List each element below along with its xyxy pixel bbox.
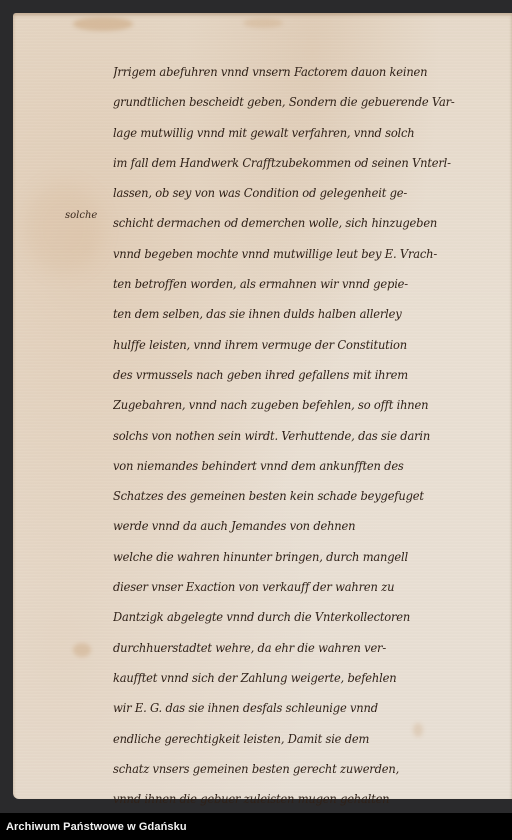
manuscript-line: Schatzes des gemeinen besten kein schade… — [113, 480, 483, 512]
manuscript-line: im fall dem Handwerk Crafftzubekommen od… — [113, 147, 483, 179]
manuscript-line: ten dem selben, das sie ihnen dulds halb… — [113, 299, 483, 331]
manuscript-line: kaufftet vnnd sich der Zahlung weigerte,… — [113, 662, 483, 694]
margin-note: solche — [65, 210, 97, 221]
paper-stain — [23, 183, 103, 273]
manuscript-line: lassen, ob sey von was Condition od gele… — [113, 177, 483, 209]
manuscript-line: Dantzigk abgelegte vnnd durch die Vnterk… — [113, 602, 483, 634]
scan-area: solche Jrrigem abefuhren vnnd vnsern Fac… — [0, 0, 512, 813]
archive-label: Archiwum Państwowe w Gdańsku — [6, 821, 187, 833]
manuscript-line: schatz vnsers gemeinen besten gerecht zu… — [113, 753, 483, 785]
manuscript-text: Jrrigem abefuhren vnnd vnsern Factorem d… — [113, 57, 483, 834]
manuscript-line: Jrrigem abefuhren vnnd vnsern Factorem d… — [113, 56, 483, 88]
paper-stain — [73, 643, 91, 657]
manuscript-line: Zugebahren, vnnd nach zugeben befehlen, … — [113, 390, 483, 422]
manuscript-line: welche die wahren hinunter bringen, durc… — [113, 541, 483, 573]
manuscript-line: von niemandes behindert vnnd dem ankunff… — [113, 450, 483, 482]
manuscript-line: schicht dermachen od demerchen wolle, si… — [113, 208, 483, 240]
manuscript-line: des vrmussels nach geben ihred gefallens… — [113, 359, 483, 391]
manuscript-line: hulffe leisten, vnnd ihrem vermuge der C… — [113, 329, 483, 361]
manuscript-line: dieser vnser Exaction von verkauff der w… — [113, 571, 483, 603]
footer-bar: Archiwum Państwowe w Gdańsku — [0, 813, 512, 840]
manuscript-line: endliche gerechtigkeit leisten, Damit si… — [113, 723, 483, 755]
manuscript-line: durchhuerstadtet wehre, da ehr die wahre… — [113, 632, 483, 664]
manuscript-line: vnnd begeben mochte vnnd mutwillige leut… — [113, 238, 483, 270]
paper-stain — [243, 18, 283, 28]
paper-stain — [73, 17, 133, 31]
manuscript-line: vnnd ihnen die gebuer zuleisten mugen ge… — [113, 783, 483, 815]
manuscript-line: ten betroffen worden, als ermahnen wir v… — [113, 268, 483, 300]
manuscript-page: solche Jrrigem abefuhren vnnd vnsern Fac… — [13, 13, 512, 799]
manuscript-line: grundtlichen bescheidt geben, Sondern di… — [113, 87, 483, 119]
document-viewer: solche Jrrigem abefuhren vnnd vnsern Fac… — [0, 0, 512, 840]
manuscript-line: wir E. G. das sie ihnen desfals schleuni… — [113, 692, 483, 724]
manuscript-line: solchs von nothen sein wirdt. Verhuttend… — [113, 420, 483, 452]
manuscript-line: lage mutwillig vnnd mit gewalt verfahren… — [113, 117, 483, 149]
manuscript-line: werde vnnd da auch Jemandes von dehnen — [113, 511, 483, 543]
